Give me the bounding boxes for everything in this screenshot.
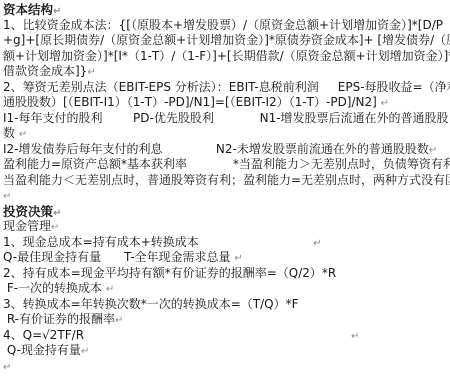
line-text: I1-每年支付的股利 PD-优先股股利 N1-增发股票后流通在外的普通股股	[3, 111, 449, 125]
line-text: Q-现金持有量	[3, 343, 81, 357]
document-line: ↵	[3, 188, 450, 204]
paragraph-mark-icon: ↵	[53, 6, 61, 17]
line-text: R-有价证券的报酬率	[3, 312, 115, 326]
document-line: 额+计划增加资金）]*[I*（1-T）/（1-F）]+[长期借款/（原资金总额+…	[3, 49, 450, 65]
line-text: 数	[3, 126, 19, 140]
paragraph-mark-icon: ↵	[234, 253, 242, 264]
document-line: R-有价证券的报酬率↵	[3, 312, 450, 328]
line-text: 现金管理	[3, 219, 51, 233]
paragraph-mark-icon: ↵	[3, 191, 11, 202]
document-line: 4、Q=√2TF/R ↵	[3, 328, 450, 344]
line-text: 额+计划增加资金）]*[I*（1-T）/（1-F）]+[长期借款/（原资金总额+…	[3, 49, 450, 63]
line-text: 1、现金总成本=持有成本+转换成本	[3, 235, 313, 249]
line-text: 3、转换成本=年转换次数*一次的转换成本=（T/Q）*F	[3, 297, 450, 311]
line-text: 4、Q=√2TF/R	[3, 328, 351, 342]
line-text: I2-增发债券后每年支付的利息 N2-未增发股票前流通在外的普通股股数	[3, 142, 429, 156]
document-line: Q-现金持有量↵	[3, 343, 450, 359]
line-text: F-一次的转换成本	[3, 281, 106, 295]
document-line: F-一次的转换成本 ↵	[3, 281, 450, 297]
document-line: 数 ↵	[3, 126, 450, 142]
line-text: 当盈利能力＜无差别点时，普通股筹资有利；盈利能力=无差别点时，两种方式没有区别。	[3, 173, 450, 187]
document-line: 1、比较资金成本法：{[（原股本+增发股票）/（原资金总额+计划增加资金）]*[…	[3, 18, 450, 34]
paragraph-mark-icon: ↵	[53, 208, 61, 219]
document-page: 资本结构↵1、比较资金成本法：{[（原股本+增发股票）/（原资金总额+计划增加资…	[0, 0, 450, 380]
paragraph-mark-icon: ↵	[115, 315, 123, 326]
document-line: 借款资金成本]}↵	[3, 64, 450, 80]
paragraph-mark-icon: ↵	[3, 362, 11, 373]
document-line: +g]+[原长期债券/（原资金总额+计划增加资金）]*原债券资金成本]+ [增发…	[3, 33, 450, 49]
line-text: 借款资金成本]}	[3, 64, 87, 78]
section-heading: 投资决策↵	[3, 204, 450, 220]
paragraph-mark-icon: ↵	[429, 145, 437, 156]
paragraph-mark-icon: ↵	[87, 67, 95, 78]
document-line: 当盈利能力＜无差别点时，普通股筹资有利；盈利能力=无差别点时，两种方式没有区别。…	[3, 173, 450, 189]
paragraph-mark-icon: ↵	[19, 129, 27, 140]
line-text: 通股股数）[（EBIT-I1）（1-T）-PD]/N1]=[（EBIT-I2）（…	[3, 95, 381, 109]
document-line: Q-最佳现金持有量 T-全年现金需求总量 ↵	[3, 250, 450, 266]
document-line: I2-增发债券后每年支付的利息 N2-未增发股票前流通在外的普通股股数↵	[3, 142, 450, 158]
paragraph-mark-icon: ↵	[81, 346, 89, 357]
section-heading: 资本结构↵	[3, 2, 450, 18]
line-text: 资本结构	[3, 2, 53, 17]
document-body: 资本结构↵1、比较资金成本法：{[（原股本+增发股票）/（原资金总额+计划增加资…	[3, 2, 450, 374]
line-text: +g]+[原长期债券/（原资金总额+计划增加资金）]*原债券资金成本]+ [增发…	[3, 33, 450, 47]
line-text: 盈利能力=原资产总额*基本获利率 *当盈利能力＞无差别点时，负债筹资有利；	[3, 157, 450, 171]
line-text: Q-最佳现金持有量 T-全年现金需求总量	[3, 250, 234, 264]
paragraph-mark-icon: ↵	[51, 222, 59, 233]
document-line: 1、现金总成本=持有成本+转换成本 ↵	[3, 235, 450, 251]
line-text: 2、持有成本=现金平均持有额*有价证券的报酬率=（Q/2）*R	[3, 266, 450, 280]
line-text: 2、筹资无差别点法（EBIT-EPS 分析法）：EBIT-息税前利润 EPS-每…	[3, 80, 450, 94]
paragraph-mark-icon: ↵	[106, 284, 114, 295]
document-line: 3、转换成本=年转换次数*一次的转换成本=（T/Q）*F ↵	[3, 297, 450, 313]
line-text: 1、比较资金成本法：{[（原股本+增发股票）/（原资金总额+计划增加资金）]*[…	[3, 18, 450, 32]
document-line: ↵	[3, 359, 450, 375]
document-line: 2、筹资无差别点法（EBIT-EPS 分析法）：EBIT-息税前利润 EPS-每…	[3, 80, 450, 96]
document-line: I1-每年支付的股利 PD-优先股股利 N1-增发股票后流通在外的普通股股	[3, 111, 450, 127]
paragraph-mark-icon: ↵	[381, 98, 389, 109]
document-line: 盈利能力=原资产总额*基本获利率 *当盈利能力＞无差别点时，负债筹资有利；	[3, 157, 450, 173]
line-text: 投资决策	[3, 204, 53, 219]
document-line: 通股股数）[（EBIT-I1）（1-T）-PD]/N1]=[（EBIT-I2）（…	[3, 95, 450, 111]
paragraph-mark-icon: ↵	[313, 238, 321, 249]
document-line: 现金管理↵	[3, 219, 450, 235]
paragraph-mark-icon: ↵	[351, 331, 359, 342]
document-line: 2、持有成本=现金平均持有额*有价证券的报酬率=（Q/2）*R ↵	[3, 266, 450, 282]
